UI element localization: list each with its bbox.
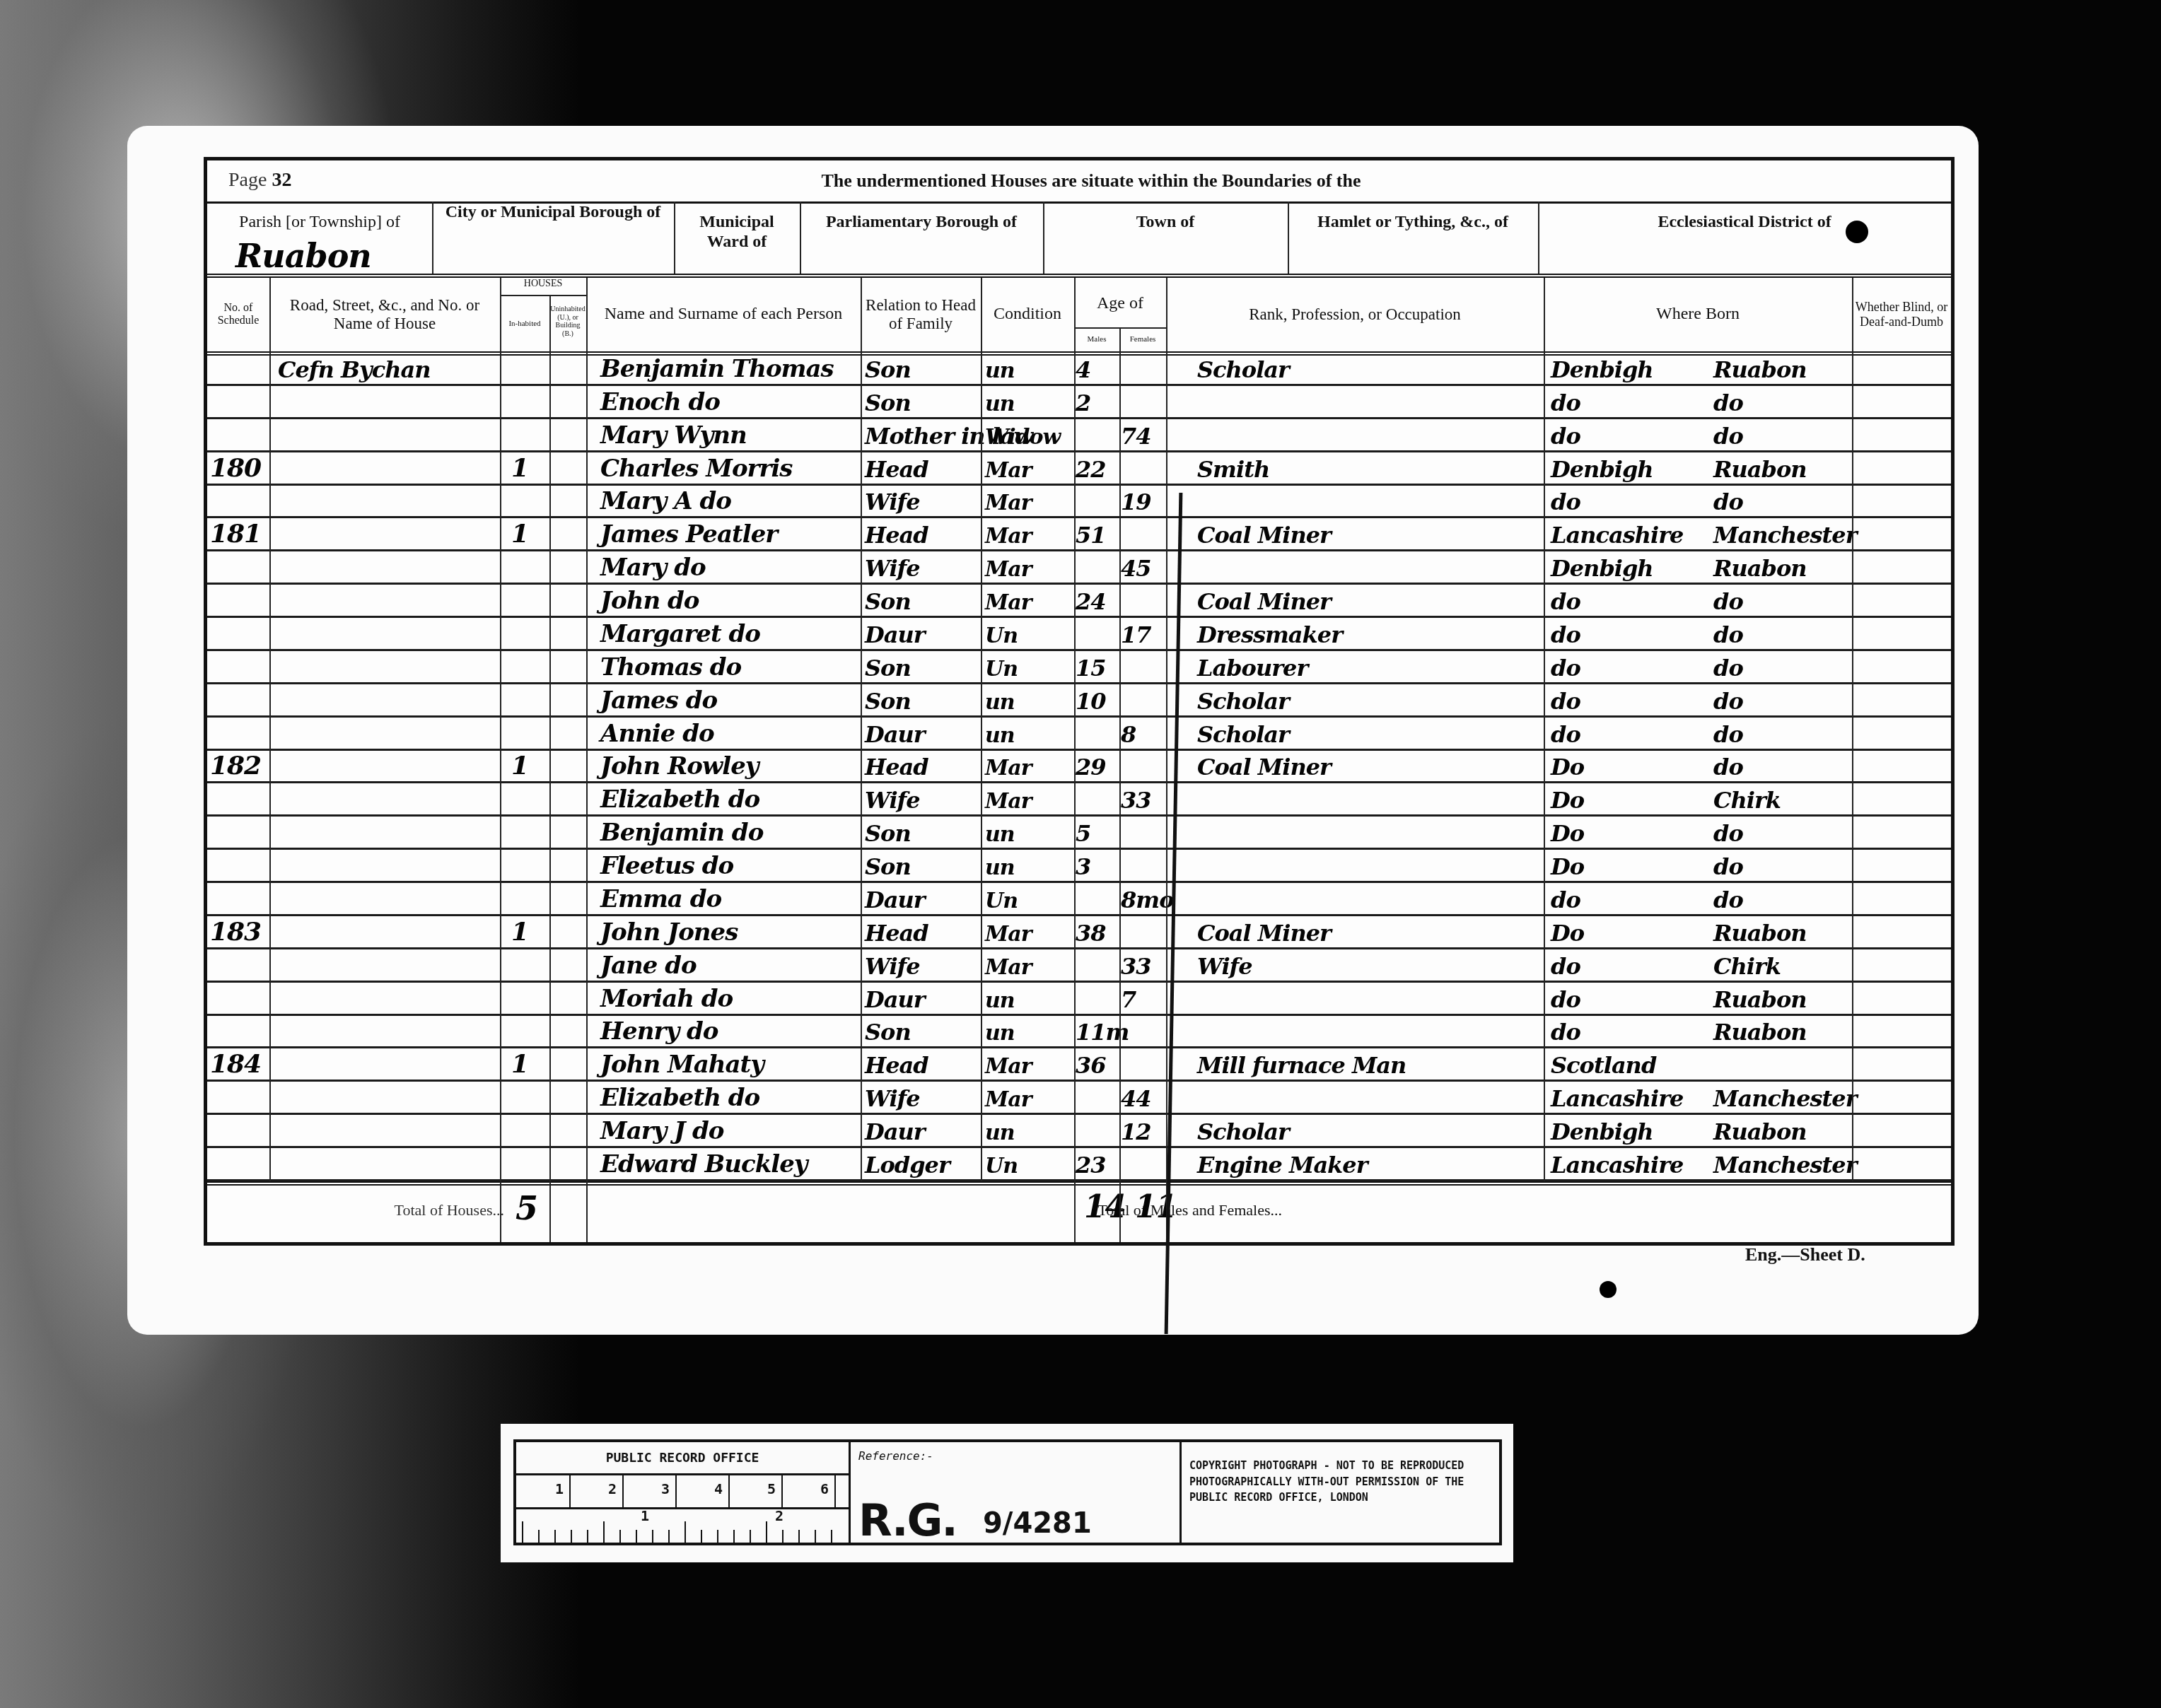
birth-place: do	[1713, 883, 1852, 913]
birth-place: Ruabon	[1713, 551, 1852, 582]
birth-place: Chirk	[1713, 949, 1852, 980]
header-age: Age of	[1074, 279, 1166, 329]
inhabited-count	[511, 618, 540, 648]
birth-county: do	[1551, 1016, 1713, 1046]
female-age	[1121, 386, 1165, 416]
table-row: 1811James PeatlerHeadMar51Coal MinerLanc…	[207, 518, 1951, 551]
schedule-number	[210, 1016, 267, 1046]
total-houses-label: Total of Houses...	[221, 1201, 504, 1219]
road-name	[278, 1016, 490, 1046]
occupation	[1197, 983, 1537, 1013]
schedule-number: 181	[210, 518, 267, 549]
marital-condition: Mar	[985, 751, 1070, 781]
birth-place: do	[1713, 850, 1852, 880]
inhabited-count	[511, 486, 540, 516]
birth-county: Do	[1551, 850, 1713, 880]
marital-condition: Un	[985, 883, 1070, 913]
female-age	[1121, 1016, 1165, 1046]
marital-condition: un	[985, 684, 1070, 715]
birth-county: Lancashire	[1551, 1148, 1713, 1178]
female-age: 44	[1121, 1082, 1165, 1112]
relation-to-head: Head	[865, 452, 978, 483]
header-where-born: Where Born	[1544, 281, 1852, 349]
scale-mark: 2	[775, 1507, 784, 1524]
relation-to-head: Lodger	[865, 1148, 978, 1178]
person-name: John Rowley	[600, 751, 862, 781]
census-form: Page 32 The undermentioned Houses are si…	[204, 157, 1955, 1246]
marital-condition: Mar	[985, 916, 1070, 947]
marital-condition: Mar	[985, 1048, 1070, 1079]
marital-condition: Un	[985, 651, 1070, 682]
occupation: Smith	[1197, 452, 1537, 483]
person-name: Henry do	[600, 1016, 862, 1046]
scale-ruler-top: 123456	[516, 1473, 849, 1509]
table-row: John doSonMar24Coal Minerdodo	[207, 585, 1951, 618]
boundary-city-borough: City or Municipal Borough of	[432, 201, 674, 274]
table-row: Emma doDaurUn8mododo	[207, 883, 1951, 916]
male-age: 38	[1076, 916, 1119, 947]
road-name	[278, 1082, 490, 1112]
header-condition: Condition	[981, 281, 1074, 349]
birth-place: Ruabon	[1713, 1016, 1852, 1046]
birth-county: Denbigh	[1551, 452, 1713, 483]
reference-label: Reference:-	[858, 1449, 933, 1463]
schedule-number	[210, 949, 267, 980]
header-inhabited: In-habited	[500, 299, 549, 349]
birth-county: Denbigh	[1551, 1115, 1713, 1145]
schedule-number	[210, 684, 267, 715]
road-name	[278, 850, 490, 880]
boundary-label: City or Municipal Borough of	[436, 203, 670, 223]
male-age: 29	[1076, 751, 1119, 781]
occupation: Scholar	[1197, 684, 1537, 715]
schedule-number: 184	[210, 1048, 267, 1079]
relation-to-head: Daur	[865, 1115, 978, 1145]
page-label: Page 32	[228, 169, 291, 192]
birth-place: do	[1713, 718, 1852, 748]
inhabited-count	[511, 949, 540, 980]
inhabited-count	[511, 684, 540, 715]
boundary-label: Hamlet or Tything, &c., of	[1292, 213, 1534, 233]
table-row: Enoch doSonun2dodo	[207, 386, 1951, 419]
marital-condition: un	[985, 386, 1070, 416]
table-row: Margaret doDaurUn17Dressmakerdodo	[207, 618, 1951, 651]
header-road: Road, Street, &c., and No. or Name of Ho…	[269, 281, 500, 349]
relation-to-head: Son	[865, 353, 978, 383]
table-row: Mary WynnMother in lawWidow74dodo	[207, 419, 1951, 452]
female-age	[1121, 518, 1165, 549]
table-row: Fleetus doSonun3Dodo	[207, 850, 1951, 883]
birth-place: do	[1713, 751, 1852, 781]
female-age	[1121, 1148, 1165, 1178]
inhabited-count: 1	[511, 916, 540, 947]
birth-place: Ruabon	[1713, 353, 1852, 383]
male-age: 2	[1076, 386, 1119, 416]
person-name: Enoch do	[600, 386, 862, 416]
female-age	[1121, 651, 1165, 682]
inhabited-count	[511, 419, 540, 450]
schedule-number: 183	[210, 916, 267, 947]
road-name	[278, 518, 490, 549]
occupation: Coal Miner	[1197, 585, 1537, 615]
page-number: 32	[272, 169, 291, 191]
male-age	[1076, 718, 1119, 748]
schedule-number: 182	[210, 751, 267, 781]
inhabited-count: 1	[511, 1048, 540, 1079]
table-row: Edward BuckleyLodgerUn23Engine MakerLanc…	[207, 1148, 1951, 1181]
schedule-number	[210, 817, 267, 847]
birth-county: Do	[1551, 916, 1713, 947]
female-age: 7	[1121, 983, 1165, 1013]
table-row: Annie doDaurun8Scholardodo	[207, 718, 1951, 751]
road-name	[278, 419, 490, 450]
male-age: 5	[1076, 817, 1119, 847]
male-age	[1076, 783, 1119, 814]
road-name	[278, 1148, 490, 1178]
relation-to-head: Daur	[865, 618, 978, 648]
header-occupation: Rank, Profession, or Occupation	[1166, 281, 1544, 349]
sheet-label: Eng.—Sheet D.	[1745, 1244, 1865, 1265]
road-name: Cefn Bychan	[278, 353, 490, 383]
road-name	[278, 452, 490, 483]
male-age	[1076, 983, 1119, 1013]
occupation: Scholar	[1197, 1115, 1537, 1145]
marital-condition: un	[985, 817, 1070, 847]
marital-condition: Mar	[985, 518, 1070, 549]
road-name	[278, 751, 490, 781]
birth-county: do	[1551, 949, 1713, 980]
relation-to-head: Son	[865, 651, 978, 682]
birth-place: do	[1713, 486, 1852, 516]
male-age	[1076, 1115, 1119, 1145]
total-persons-label: Total of Males and Females...	[829, 1201, 1282, 1219]
marital-condition: Mar	[985, 551, 1070, 582]
birth-place: do	[1713, 618, 1852, 648]
birth-county: Lancashire	[1551, 518, 1713, 549]
reference-series: R.G.	[858, 1494, 957, 1546]
birth-county: do	[1551, 618, 1713, 648]
male-age: 36	[1076, 1048, 1119, 1079]
record-office-name: PUBLIC RECORD OFFICE	[516, 1442, 849, 1475]
birth-county: Lancashire	[1551, 1082, 1713, 1112]
male-age	[1076, 949, 1119, 980]
inhabited-count	[511, 983, 540, 1013]
occupation: Engine Maker	[1197, 1148, 1537, 1178]
inhabited-count	[511, 651, 540, 682]
boundary-label: Ecclesiastical District of	[1542, 213, 1947, 233]
boundary-municipal-ward: Municipal Ward of	[674, 201, 800, 274]
person-name: Benjamin do	[600, 817, 862, 847]
inhabited-count	[511, 783, 540, 814]
occupation	[1197, 386, 1537, 416]
person-name: Moriah do	[600, 983, 862, 1013]
person-name: John do	[600, 585, 862, 615]
road-name	[278, 783, 490, 814]
header-schedule: No. of Schedule	[207, 281, 269, 349]
female-age: 74	[1121, 419, 1165, 450]
relation-to-head: Daur	[865, 718, 978, 748]
inhabited-count	[511, 353, 540, 383]
relation-to-head: Wife	[865, 949, 978, 980]
person-name: Elizabeth do	[600, 1082, 862, 1112]
birth-county: do	[1551, 883, 1713, 913]
relation-to-head: Wife	[865, 486, 978, 516]
person-name: Benjamin Thomas	[600, 353, 862, 383]
header-houses: HOUSES	[500, 275, 586, 293]
boundary-value: Ruabon	[235, 237, 371, 275]
occupation: Coal Miner	[1197, 916, 1537, 947]
person-name: John Mahaty	[600, 1048, 862, 1079]
inhabited-count	[511, 850, 540, 880]
boundary-label: Town of	[1047, 213, 1283, 233]
birth-county: Scotland	[1551, 1048, 1713, 1079]
female-age	[1121, 751, 1165, 781]
table-row: Benjamin doSonun5Dodo	[207, 817, 1951, 850]
birth-place: do	[1713, 419, 1852, 450]
road-name	[278, 618, 490, 648]
relation-to-head: Head	[865, 751, 978, 781]
marital-condition: Mar	[985, 585, 1070, 615]
marital-condition: un	[985, 353, 1070, 383]
birth-county: Denbigh	[1551, 551, 1713, 582]
header-uninhabited: Uninhabited (U.), or Building (B.)	[549, 295, 586, 349]
table-row: Henry doSonun11mdoRuabon	[207, 1016, 1951, 1049]
schedule-number	[210, 551, 267, 582]
relation-to-head: Wife	[865, 783, 978, 814]
schedule-number	[210, 353, 267, 383]
person-name: Thomas do	[600, 651, 862, 682]
schedule-number	[210, 718, 267, 748]
relation-to-head: Daur	[865, 983, 978, 1013]
marital-condition: Mar	[985, 452, 1070, 483]
birth-place: Manchester	[1713, 1082, 1852, 1112]
male-age: 4	[1076, 353, 1119, 383]
person-name: Fleetus do	[600, 850, 862, 880]
road-name	[278, 486, 490, 516]
marital-condition: un	[985, 718, 1070, 748]
schedule-number	[210, 486, 267, 516]
female-age: 8mo	[1121, 883, 1165, 913]
table-row: Mary J doDaurun12ScholarDenbighRuabon	[207, 1115, 1951, 1148]
male-age	[1076, 551, 1119, 582]
occupation: Scholar	[1197, 718, 1537, 748]
birth-place: Ruabon	[1713, 916, 1852, 947]
header-relation: Relation to Head of Family	[861, 281, 981, 349]
birth-county: do	[1551, 718, 1713, 748]
marital-condition: Mar	[985, 783, 1070, 814]
scale-mark: 2	[608, 1480, 617, 1497]
road-name	[278, 916, 490, 947]
male-age: 11m	[1076, 1016, 1119, 1046]
birth-place: Ruabon	[1713, 983, 1852, 1013]
inhabited-count	[511, 718, 540, 748]
inhabited-count	[511, 551, 540, 582]
birth-place: do	[1713, 651, 1852, 682]
inhabited-count	[511, 585, 540, 615]
boundary-label: Parliamentary Borough of	[804, 213, 1039, 233]
occupation	[1197, 817, 1537, 847]
birth-county: Do	[1551, 817, 1713, 847]
marital-condition: un	[985, 1016, 1070, 1046]
boundary-hamlet-tything: Hamlet or Tything, &c., of	[1288, 201, 1538, 274]
male-age	[1076, 419, 1119, 450]
scale-mark: 5	[767, 1480, 776, 1497]
relation-to-head: Son	[865, 850, 978, 880]
marital-condition: Mar	[985, 486, 1070, 516]
road-name	[278, 1048, 490, 1079]
marital-condition: un	[985, 850, 1070, 880]
person-name: Mary Wynn	[600, 419, 862, 450]
female-age	[1121, 353, 1165, 383]
person-name: James do	[600, 684, 862, 715]
person-name: Mary do	[600, 551, 862, 582]
birth-place: Ruabon	[1713, 1115, 1852, 1145]
relation-to-head: Son	[865, 1016, 978, 1046]
boundary-town: Town of	[1043, 201, 1288, 274]
archive-reference-label: PUBLIC RECORD OFFICE 123456 12 Reference…	[501, 1424, 1513, 1562]
schedule-number	[210, 1082, 267, 1112]
scale-mark: 1	[641, 1507, 649, 1524]
copyright-notice: COPYRIGHT PHOTOGRAPH - NOT TO BE REPRODU…	[1189, 1458, 1493, 1506]
occupation: Labourer	[1197, 651, 1537, 682]
marital-condition: un	[985, 983, 1070, 1013]
inhabited-count	[511, 883, 540, 913]
inhabited-count: 1	[511, 452, 540, 483]
birth-county: do	[1551, 684, 1713, 715]
occupation	[1197, 850, 1537, 880]
marital-condition: un	[985, 1115, 1070, 1145]
female-age	[1121, 585, 1165, 615]
road-name	[278, 1115, 490, 1145]
female-age: 45	[1121, 551, 1165, 582]
inhabited-count	[511, 817, 540, 847]
schedule-number	[210, 585, 267, 615]
marital-condition: Widow	[985, 419, 1070, 450]
schedule-number	[210, 883, 267, 913]
header-males: Males	[1074, 329, 1119, 350]
scale-ruler-bottom: 12	[516, 1507, 849, 1543]
birth-county: do	[1551, 419, 1713, 450]
ink-blot	[1846, 221, 1868, 243]
person-name: Emma do	[600, 883, 862, 913]
marital-condition: Mar	[985, 1082, 1070, 1112]
road-name	[278, 585, 490, 615]
occupation	[1197, 883, 1537, 913]
road-name	[278, 386, 490, 416]
relation-to-head: Wife	[865, 1082, 978, 1112]
birth-place: Manchester	[1713, 1148, 1852, 1178]
relation-to-head: Son	[865, 386, 978, 416]
scale-mark: 4	[714, 1480, 723, 1497]
female-age: 33	[1121, 949, 1165, 980]
female-age: 33	[1121, 783, 1165, 814]
table-row: Jane doWifeMar33WifedoChirk	[207, 949, 1951, 983]
relation-to-head: Wife	[865, 551, 978, 582]
table-row: Mary doWifeMar45DenbighRuabon	[207, 551, 1951, 585]
boundary-ecclesiastical-district: Ecclesiastical District of	[1538, 201, 1951, 274]
table-row: James doSonun10Scholardodo	[207, 684, 1951, 718]
marital-condition: Un	[985, 1148, 1070, 1178]
road-name	[278, 983, 490, 1013]
schedule-number	[210, 1115, 267, 1145]
boundary-parish: Parish [or Township] ofRuabon	[207, 201, 432, 274]
table-row: 1801Charles MorrisHeadMar22SmithDenbighR…	[207, 452, 1951, 486]
table-row: Cefn BychanBenjamin ThomasSonun4ScholarD…	[207, 353, 1951, 386]
table-row: 1831John JonesHeadMar38Coal MinerDoRuabo…	[207, 916, 1951, 949]
table-row: Moriah doDaurun7doRuabon	[207, 983, 1951, 1016]
inhabited-count	[511, 1016, 540, 1046]
inhabited-count: 1	[511, 751, 540, 781]
road-name	[278, 651, 490, 682]
occupation	[1197, 486, 1537, 516]
ink-blot	[1600, 1281, 1617, 1298]
marital-condition: Un	[985, 618, 1070, 648]
boundary-label: Parish [or Township] of	[211, 213, 428, 233]
occupation	[1197, 1082, 1537, 1112]
person-name: Annie do	[600, 718, 862, 748]
person-name: James Peatler	[600, 518, 862, 549]
road-name	[278, 551, 490, 582]
birth-county: do	[1551, 486, 1713, 516]
boundary-label: Municipal Ward of	[678, 213, 796, 252]
birth-county: Denbigh	[1551, 353, 1713, 383]
schedule-number	[210, 783, 267, 814]
female-age: 17	[1121, 618, 1165, 648]
road-name	[278, 684, 490, 715]
occupation: Mill furnace Man	[1197, 1048, 1537, 1079]
male-age: 51	[1076, 518, 1119, 549]
table-row: 1841John MahatyHeadMar36Mill furnace Man…	[207, 1048, 1951, 1082]
relation-to-head: Mother in law	[865, 419, 978, 450]
relation-to-head: Head	[865, 518, 978, 549]
person-name: Jane do	[600, 949, 862, 980]
occupation: Dressmaker	[1197, 618, 1537, 648]
female-age	[1121, 1048, 1165, 1079]
birth-county: Do	[1551, 783, 1713, 814]
road-name	[278, 817, 490, 847]
birth-place	[1713, 1048, 1852, 1079]
birth-place: Manchester	[1713, 518, 1852, 549]
birth-place: do	[1713, 817, 1852, 847]
person-name: Elizabeth do	[600, 783, 862, 814]
birth-county: do	[1551, 585, 1713, 615]
birth-county: Do	[1551, 751, 1713, 781]
table-row: Elizabeth doWifeMar33DoChirk	[207, 783, 1951, 817]
scale-mark: 1	[555, 1480, 564, 1497]
table-row: 1821John RowleyHeadMar29Coal MinerDodo	[207, 751, 1951, 784]
road-name	[278, 949, 490, 980]
total-females-value: 11	[1135, 1189, 1177, 1225]
occupation	[1197, 419, 1537, 450]
male-age	[1076, 1082, 1119, 1112]
female-age: 8	[1121, 718, 1165, 748]
occupation: Scholar	[1197, 353, 1537, 383]
relation-to-head: Daur	[865, 883, 978, 913]
schedule-number	[210, 419, 267, 450]
schedule-number	[210, 618, 267, 648]
occupation: Coal Miner	[1197, 518, 1537, 549]
male-age: 10	[1076, 684, 1119, 715]
marital-condition: Mar	[985, 949, 1070, 980]
male-age	[1076, 618, 1119, 648]
occupation	[1197, 551, 1537, 582]
relation-to-head: Son	[865, 817, 978, 847]
relation-to-head: Head	[865, 1048, 978, 1079]
male-age: 22	[1076, 452, 1119, 483]
male-age: 15	[1076, 651, 1119, 682]
occupation	[1197, 1016, 1537, 1046]
female-age	[1121, 817, 1165, 847]
